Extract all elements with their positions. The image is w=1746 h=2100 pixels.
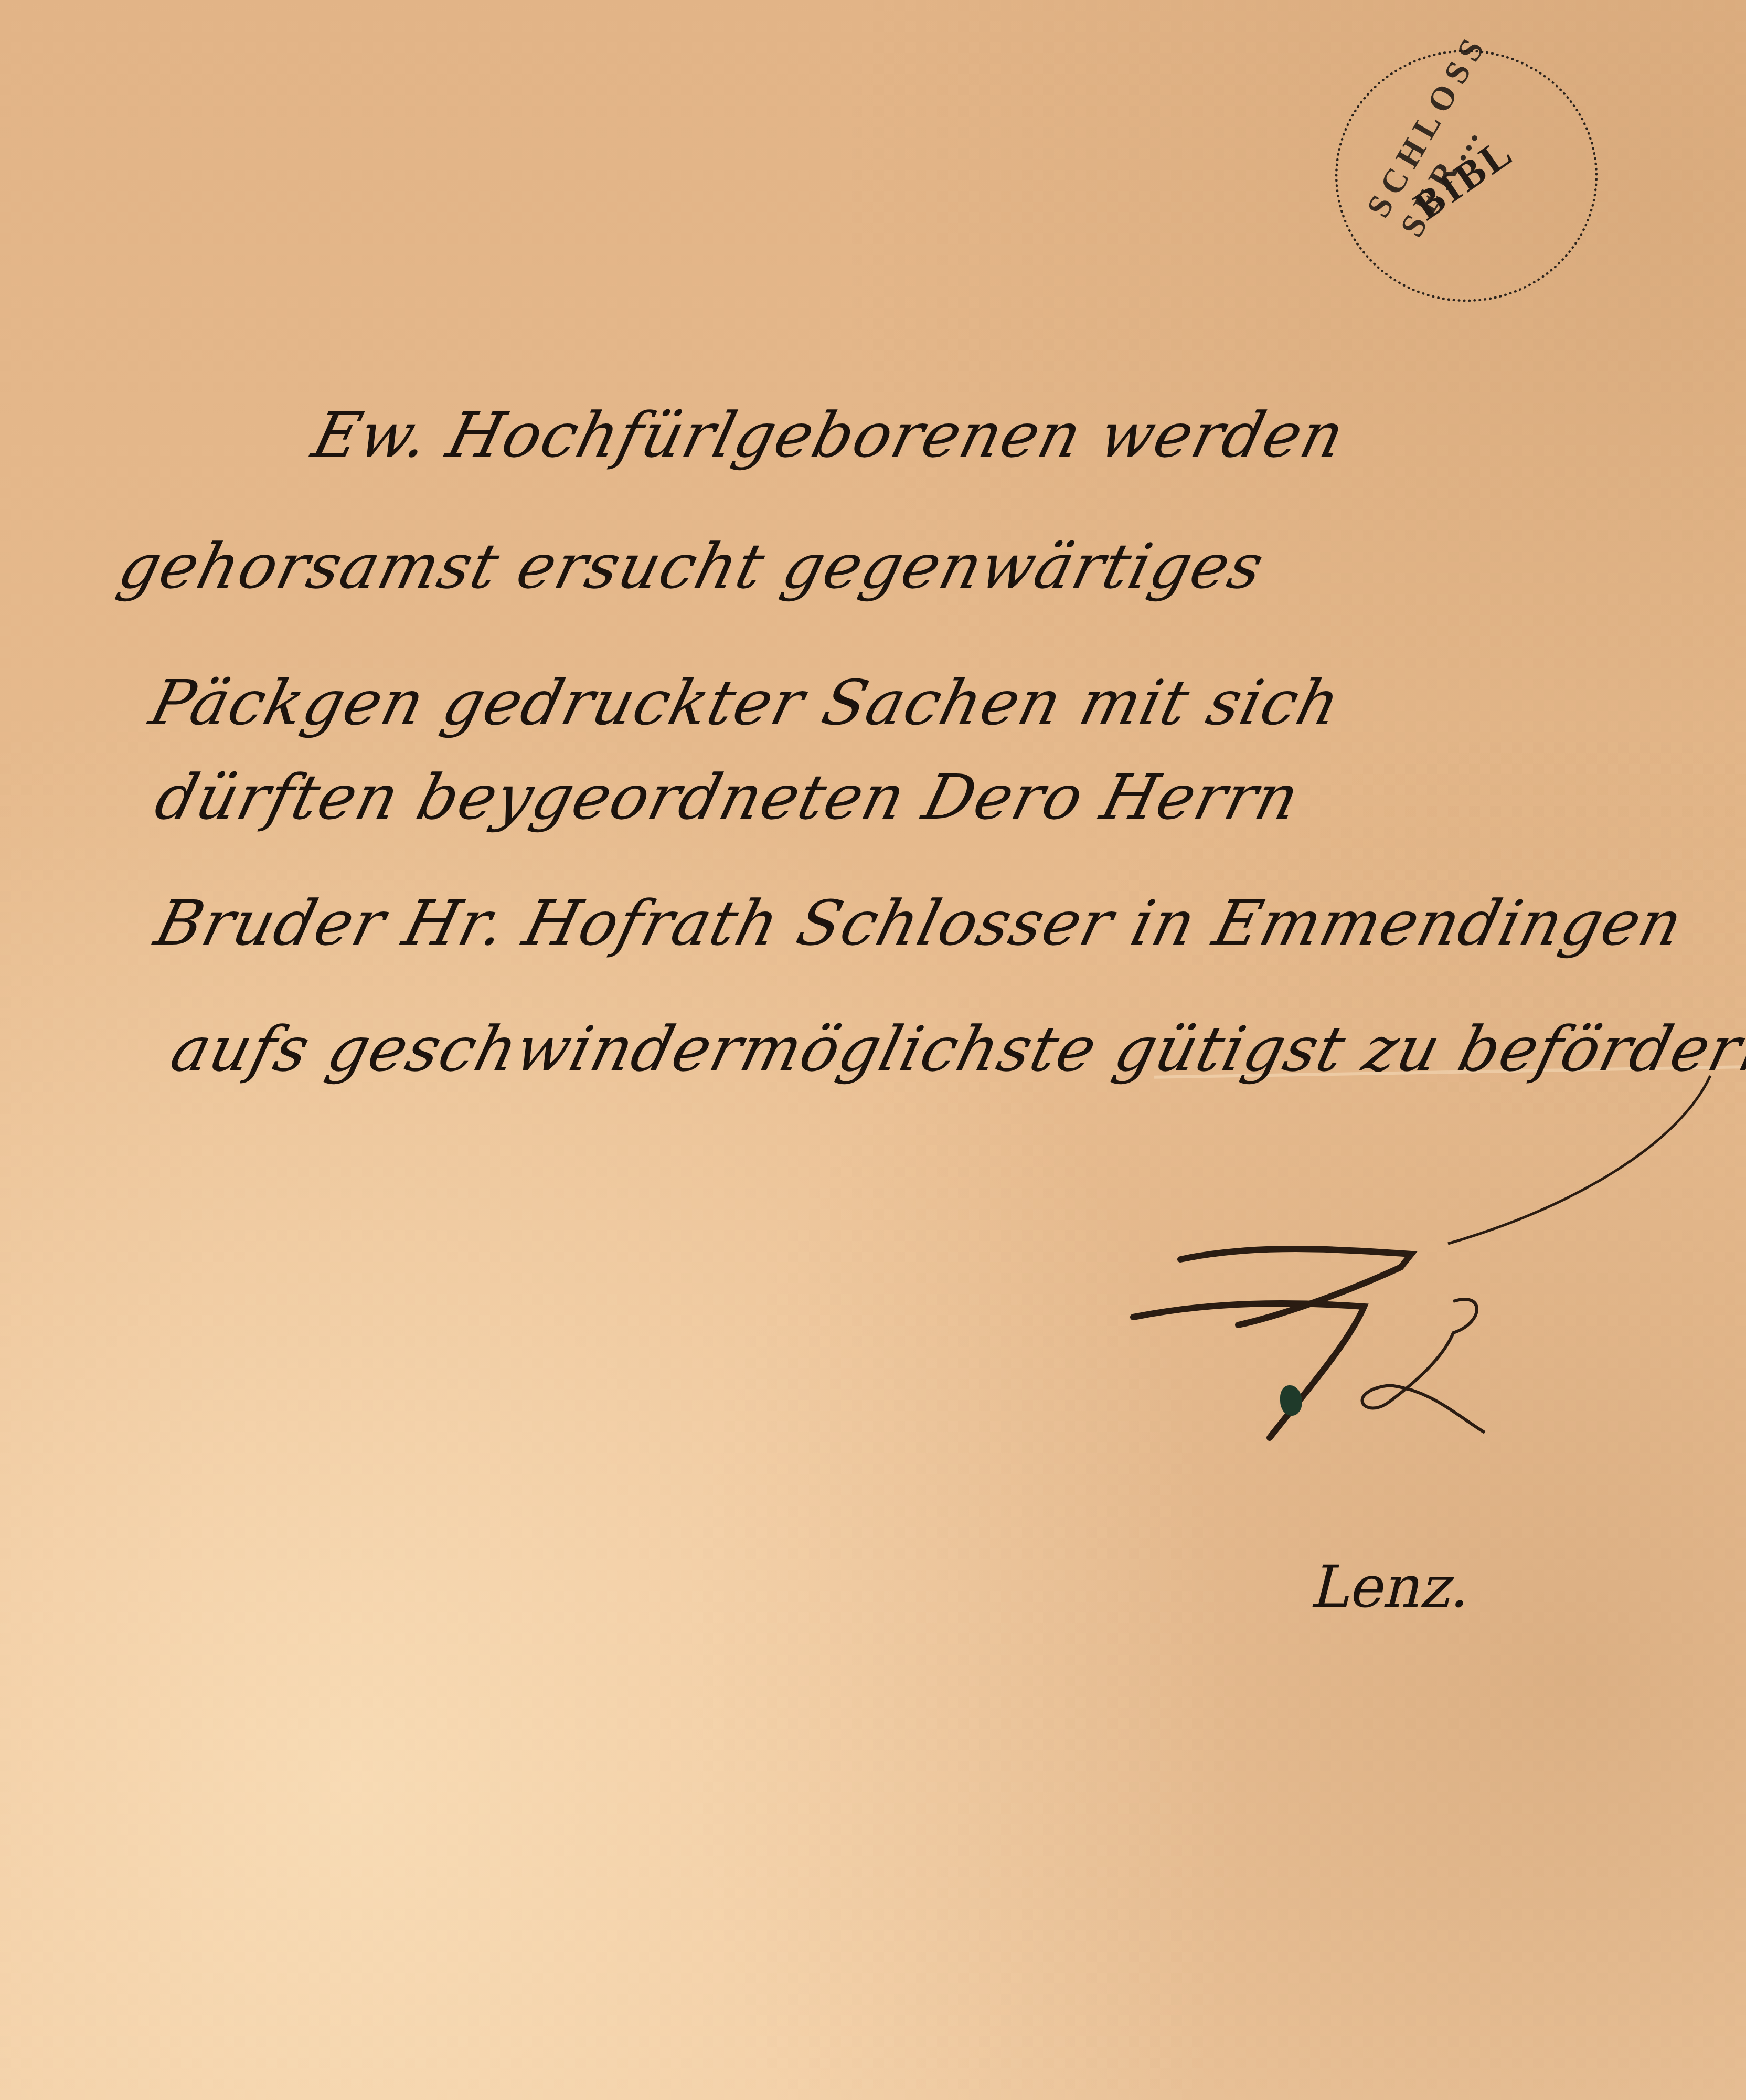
letter-line-3: Päckgen gedruckter Sachen mit sich — [143, 666, 1348, 739]
letter-line-4: dürften beygeordneten Dero Herrn — [148, 761, 1307, 833]
signature-monogram — [1117, 1212, 1548, 1454]
signature-name: Lenz. — [1306, 1553, 1481, 1620]
letter-body: Ew. Hochfürlgeborenen werden gehorsamst … — [0, 0, 1746, 2100]
letter-line-1: Ew. Hochfürlgeborenen werden — [306, 399, 1353, 471]
letter-line-2: gehorsamst ersucht gegenwärtiges — [112, 530, 1272, 602]
letter-line-5: Bruder Hr. Hofrath Schlosser in Emmendin… — [148, 887, 1691, 959]
letter-sheet: SCHLOSS SER… BIBL Ew. Hochfürlgeborenen … — [0, 0, 1746, 2100]
